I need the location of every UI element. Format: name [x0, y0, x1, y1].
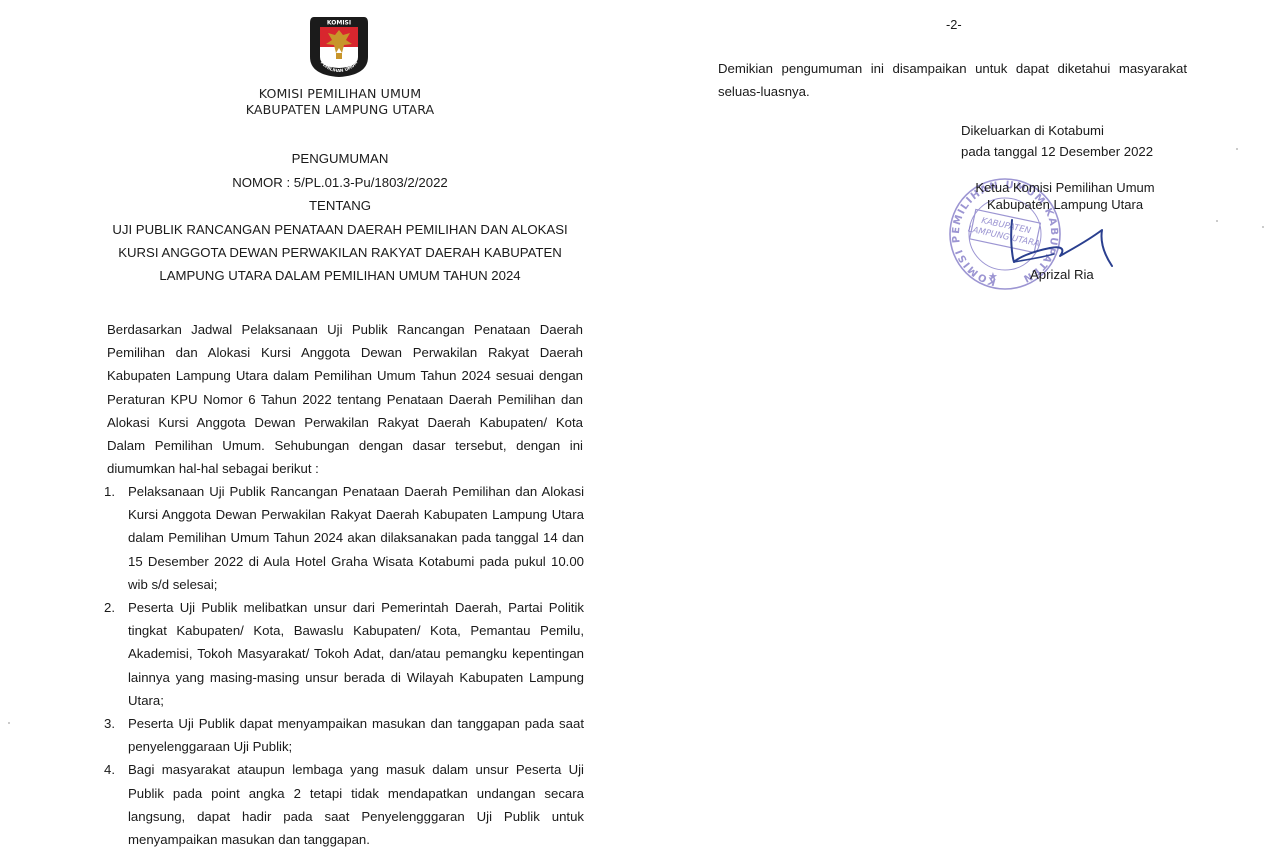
- list-item-text: Bagi masyarakat ataupun lembaga yang mas…: [128, 758, 584, 851]
- list-item-text: Peserta Uji Publik dapat menyampaikan ma…: [128, 712, 584, 758]
- document-about-label: TENTANG: [100, 198, 580, 213]
- subject-line: LAMPUNG UTARA DALAM PEMILIHAN UMUM TAHUN…: [100, 268, 580, 283]
- org-name: KOMISI PEMILIHAN UMUM: [200, 86, 480, 101]
- issued-date: pada tanggal 12 Desember 2022: [961, 144, 1153, 159]
- kpu-emblem-icon: KOMISI PEMILIHAN UMUM: [308, 13, 370, 79]
- subject-line: UJI PUBLIK RANCANGAN PENATAAN DAERAH PEM…: [100, 222, 580, 237]
- subject-line: KURSI ANGGOTA DEWAN PERWAKILAN RAKYAT DA…: [100, 245, 580, 260]
- signer-organization: Kabupaten Lampung Utara: [955, 197, 1175, 212]
- issued-place: Dikeluarkan di Kotabumi: [961, 123, 1104, 138]
- svg-text:★: ★: [988, 270, 998, 283]
- page-number: -2-: [946, 17, 962, 32]
- scan-speck: [1262, 226, 1264, 228]
- document-number: NOMOR : 5/PL.01.3-Pu/1803/2/2022: [100, 175, 580, 190]
- list-item-number: 4.: [104, 758, 115, 781]
- list-item: 1. Pelaksanaan Uji Publik Rancangan Pena…: [104, 480, 584, 596]
- signer-name: Aprizal Ria: [1030, 267, 1094, 282]
- list-item-number: 1.: [104, 480, 115, 503]
- announcement-list: 1. Pelaksanaan Uji Publik Rancangan Pena…: [104, 480, 584, 851]
- list-item: 3. Peserta Uji Publik dapat menyampaikan…: [104, 712, 584, 758]
- signer-title: Ketua Komisi Pemilihan Umum: [955, 180, 1175, 195]
- intro-paragraph: Berdasarkan Jadwal Pelaksanaan Uji Publi…: [107, 318, 583, 480]
- closing-paragraph: Demikian pengumuman ini disampaikan untu…: [718, 57, 1187, 103]
- page-1: KOMISI PEMILIHAN UMUM KOMISI PEMILIHAN U…: [0, 0, 690, 854]
- scan-speck: [8, 722, 10, 724]
- scan-speck: [1236, 148, 1238, 150]
- org-region: KABUPATEN LAMPUNG UTARA: [200, 102, 480, 117]
- list-item: 2. Peserta Uji Publik melibatkan unsur d…: [104, 596, 584, 712]
- list-item-number: 3.: [104, 712, 115, 735]
- list-item: 4. Bagi masyarakat ataupun lembaga yang …: [104, 758, 584, 851]
- list-item-text: Peserta Uji Publik melibatkan unsur dari…: [128, 596, 584, 712]
- document-heading: PENGUMUMAN: [100, 151, 580, 166]
- list-item-text: Pelaksanaan Uji Publik Rancangan Penataa…: [128, 480, 584, 596]
- svg-text:KOMISI: KOMISI: [327, 20, 351, 27]
- list-item-number: 2.: [104, 596, 115, 619]
- scan-speck: [1216, 220, 1218, 222]
